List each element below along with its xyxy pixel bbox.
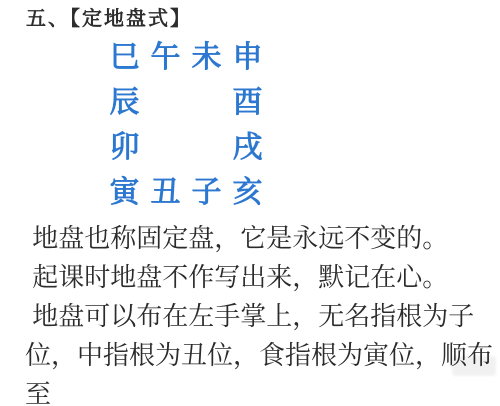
branch-si: 巳 xyxy=(104,35,145,80)
branch-xu: 戌 xyxy=(227,125,268,170)
branch-hai: 亥 xyxy=(227,170,268,215)
body-line: 位，中指根为丑位，食指根为寅位，顺布 xyxy=(0,336,500,375)
body-line: 地盘也称固定盘，它是永远不变的。 xyxy=(0,219,500,258)
plate-row-third: 卯 戌 xyxy=(104,125,268,170)
plate-row-second: 辰 酉 xyxy=(104,80,268,125)
branch-zi: 子 xyxy=(186,170,227,215)
plate-row-top: 巳 午 未 申 xyxy=(104,35,268,80)
watermark xyxy=(452,356,496,376)
earth-plate-grid: 巳 午 未 申 辰 酉 卯 戌 寅 丑 子 亥 xyxy=(104,35,268,215)
branch-empty xyxy=(186,80,227,125)
branch-empty xyxy=(145,80,186,125)
body-line: 地盘可以布在左手掌上，无名指根为子 xyxy=(0,297,500,336)
branch-chou: 丑 xyxy=(145,170,186,215)
branch-wu: 午 xyxy=(145,35,186,80)
branch-empty xyxy=(186,125,227,170)
branch-chen: 辰 xyxy=(104,80,145,125)
body-text: 地盘也称固定盘，它是永远不变的。 起课时地盘不作写出来，默记在心。 地盘可以布在… xyxy=(0,219,500,406)
plate-row-bottom: 寅 丑 子 亥 xyxy=(104,170,268,215)
branch-mao: 卯 xyxy=(104,125,145,170)
branch-wei: 未 xyxy=(186,35,227,80)
body-line: 至 xyxy=(0,375,500,406)
branch-yin: 寅 xyxy=(104,170,145,215)
branch-you: 酉 xyxy=(227,80,268,125)
article-page: 五、【定地盘式】 巳 午 未 申 辰 酉 卯 戌 寅 丑 子 亥 地盘也称固定盘… xyxy=(0,0,500,406)
branch-empty xyxy=(145,125,186,170)
section-title: 五、【定地盘式】 xyxy=(26,2,192,31)
body-line: 起课时地盘不作写出来，默记在心。 xyxy=(0,258,500,297)
branch-shen: 申 xyxy=(227,35,268,80)
